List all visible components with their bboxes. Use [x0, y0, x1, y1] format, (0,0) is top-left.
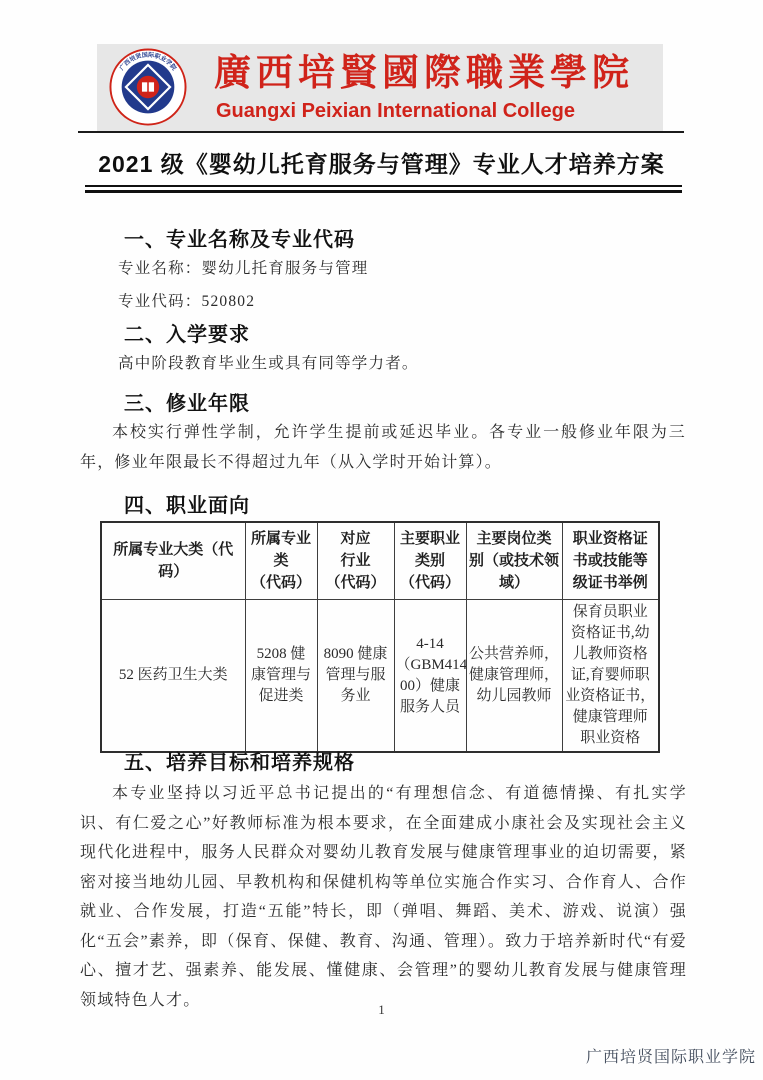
col-header-occupation-class: 主要职业 类别 （代码） [394, 522, 466, 600]
cell-occupation-class: 4-14 （GBM414 00）健康 服务人员 [394, 600, 466, 753]
title-double-rule [85, 185, 682, 193]
training-objectives-paragraph: 本专业坚持以习近平总书记提出的“有理想信念、有道德情操、有扎实学识、有仁爱之心”… [80, 779, 687, 1015]
table-header-row: 所属专业大类（代码） 所属专业 类 （代码） 对应 行业 （代码） 主要职业 类… [101, 522, 659, 600]
study-duration-paragraph: 本校实行弹性学制，允许学生提前或延迟毕业。各专业一般修业年限为三年，修业年限最长… [80, 418, 686, 477]
col-header-industry: 对应 行业 （代码） [317, 522, 394, 600]
cell-post-class: 公共营养师， 健康管理师， 幼儿园教师 [466, 600, 562, 753]
footer-watermark: 广西培贤国际职业学院 [586, 1044, 756, 1067]
header-band: 广西培贤国际职业学院 GUANGXI PEIXIAN INTERNATIONAL… [97, 44, 663, 131]
career-orientation-table: 所属专业大类（代码） 所属专业 类 （代码） 对应 行业 （代码） 主要职业 类… [100, 521, 660, 753]
cell-certificates: 保育员职业 资格证书,幼 儿教师资格 证,育婴师职 业资格证书， 健康管理师 职… [562, 600, 659, 753]
section-heading-career-orientation: 四、职业面向 [124, 493, 250, 519]
page-number: 1 [0, 1002, 763, 1018]
section-heading-major-name-code: 一、专业名称及专业代码 [124, 227, 355, 253]
document-title: 2021 级《婴幼儿托育服务与管理》专业人才培养方案 [0, 147, 763, 181]
table-row: 52 医药卫生大类 5208 健 康管理与 促进类 8090 健康 管理与服 务… [101, 600, 659, 753]
document-page: 广西培贤国际职业学院 GUANGXI PEIXIAN INTERNATIONAL… [0, 0, 763, 1080]
col-header-certificates: 职业资格证 书或技能等 级证书举例 [562, 522, 659, 600]
col-header-post-class: 主要岗位类 别（或技术领 域） [466, 522, 562, 600]
admission-requirement-line: 高中阶段教育毕业生或具有同等学力者。 [118, 353, 419, 375]
col-header-major-class: 所属专业 类 （代码） [245, 522, 317, 600]
cell-industry: 8090 健康 管理与服 务业 [317, 600, 394, 753]
major-code-line: 专业代码：520802 [118, 291, 255, 313]
header-divider [78, 131, 684, 133]
col-header-major-category: 所属专业大类（代码） [101, 522, 245, 600]
college-logo-icon: 广西培贤国际职业学院 GUANGXI PEIXIAN INTERNATIONAL… [109, 48, 187, 131]
section-heading-admission-requirement: 二、入学要求 [124, 322, 250, 348]
major-name-line: 专业名称：婴幼儿托育服务与管理 [118, 258, 369, 280]
section-heading-training-objectives: 五、培养目标和培养规格 [124, 750, 355, 776]
cell-major-category: 52 医药卫生大类 [101, 600, 245, 753]
section-heading-study-duration: 三、修业年限 [124, 391, 250, 417]
college-name-cn: 廣西培賢國際職業學院 [214, 52, 654, 96]
college-name-en: Guangxi Peixian International College [216, 99, 656, 123]
cell-major-class: 5208 健 康管理与 促进类 [245, 600, 317, 753]
